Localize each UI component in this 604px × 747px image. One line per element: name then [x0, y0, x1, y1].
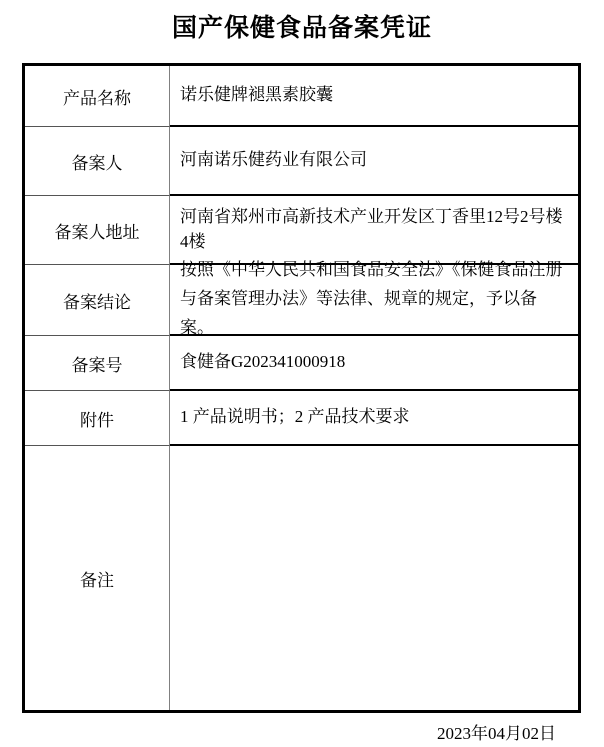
- table-row: 备案号 食健备G202341000918: [25, 336, 578, 391]
- row-value-remarks: [170, 446, 578, 710]
- row-value-filing-conclusion: 按照《中华人民共和国食品安全法》《保健食品注册与备案管理办法》等法律、规章的规定…: [170, 265, 578, 336]
- issue-date: 2023年04月02日: [0, 719, 556, 744]
- page-title: 国产保健食品备案凭证: [0, 8, 604, 44]
- row-label-attachments: 附件: [25, 391, 170, 446]
- table-row: 附件 1 产品说明书；2 产品技术要求: [25, 391, 578, 446]
- table-row: 备案人 河南诺乐健药业有限公司: [25, 127, 578, 196]
- row-value-attachments: 1 产品说明书；2 产品技术要求: [170, 391, 578, 446]
- row-label-remarks: 备注: [25, 446, 170, 710]
- row-value-registrant-address: 河南省郑州市高新技术产业开发区丁香里12号2号楼4楼: [170, 196, 578, 265]
- row-value-product-name: 诺乐健牌褪黑素胶囊: [170, 66, 578, 127]
- row-value-filing-number: 食健备G202341000918: [170, 336, 578, 391]
- row-label-filing-number: 备案号: [25, 336, 170, 391]
- row-value-registrant: 河南诺乐健药业有限公司: [170, 127, 578, 196]
- row-label-registrant: 备案人: [25, 127, 170, 196]
- certificate-table: 产品名称 诺乐健牌褪黑素胶囊 备案人 河南诺乐健药业有限公司 备案人地址 河南省…: [22, 63, 581, 713]
- row-label-filing-conclusion: 备案结论: [25, 265, 170, 336]
- row-label-product-name: 产品名称: [25, 66, 170, 127]
- table-row: 产品名称 诺乐健牌褪黑素胶囊: [25, 66, 578, 127]
- table-row: 备案人地址 河南省郑州市高新技术产业开发区丁香里12号2号楼4楼: [25, 196, 578, 265]
- row-label-registrant-address: 备案人地址: [25, 196, 170, 265]
- table-row: 备案结论 按照《中华人民共和国食品安全法》《保健食品注册与备案管理办法》等法律、…: [25, 265, 578, 336]
- table-row: 备注: [25, 446, 578, 710]
